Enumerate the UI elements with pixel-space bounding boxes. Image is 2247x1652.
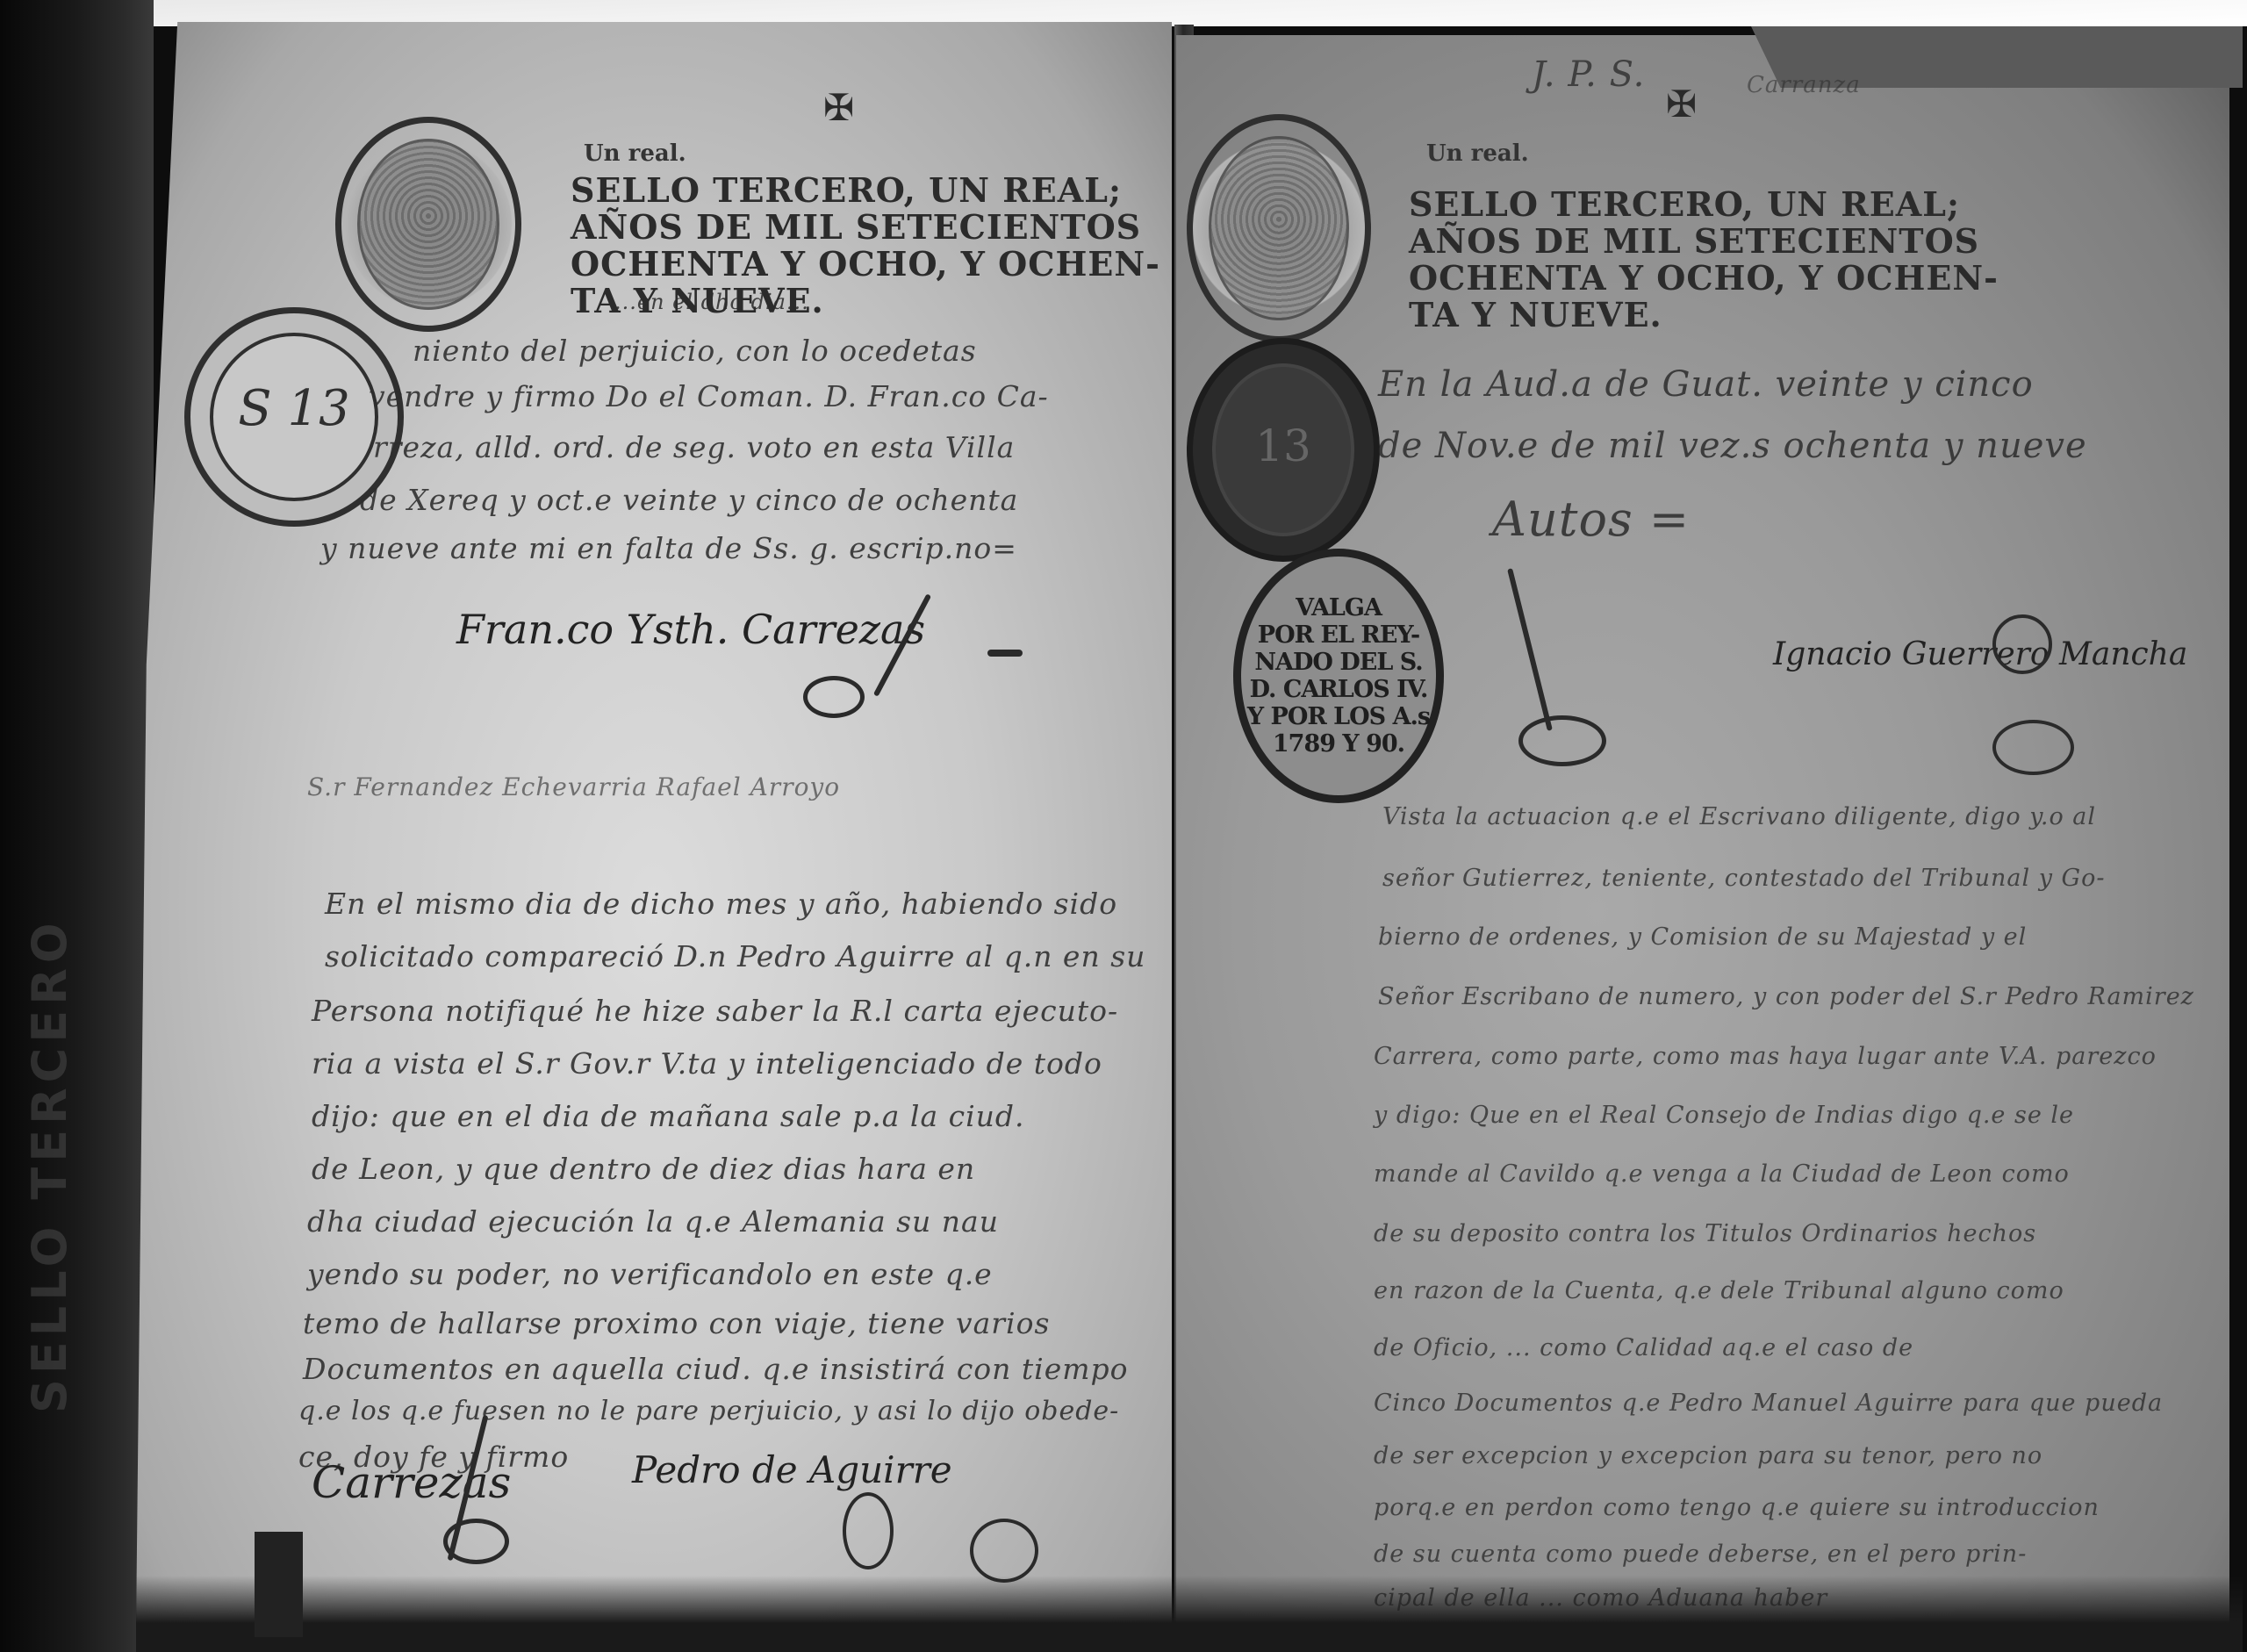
right-para-line-1: señor Gutierrez, teniente, contestado de… [1382, 865, 2106, 892]
right-hand-line-1: de Nov.e de mil vez.s ochenta y nueve [1378, 426, 2087, 466]
right-autos-heading: Autos = [1492, 492, 1690, 547]
right-para-line-4: Carrera, como parte, como mas haya lugar… [1374, 1043, 2157, 1070]
right-para-line-12: porq.e en perdon como tengo q.e quiere s… [1374, 1494, 2100, 1521]
signature-flourish-icon [843, 1492, 894, 1569]
left-para-line-9: Documentos en aquella ciud. q.e insistir… [303, 1352, 1129, 1386]
right-para-line-3: Señor Escribano de numero, y con poder d… [1378, 983, 2194, 1010]
left-hand-line-1: niento del perjuicio, con lo ocedetas [413, 334, 977, 368]
right-printed-header: SELLO TERCERO, UN REAL; AÑOS DE MIL SETE… [1409, 186, 1999, 334]
left-para-line-3: ria a vista el S.r Gov.r V.ta y intelige… [312, 1046, 1102, 1081]
spine-label: SELLO TERCERO [22, 869, 83, 1413]
left-para-line-8: temo de hallarse proximo con viaje, tien… [303, 1306, 1050, 1340]
right-signature: Ignacio Guerrero Mancha [1773, 636, 2187, 672]
binding-stub [255, 1532, 303, 1637]
oval-tax-seal: VALGA POR EL REY- NADO DEL S. D. CARLOS … [1233, 549, 1444, 803]
right-para-line-0: Vista la actuacion q.e el Escrivano dili… [1382, 803, 2096, 830]
right-para-line-9: de Oficio, ... como Calidad aq.e el caso… [1374, 1334, 1913, 1361]
right-top-note: J. P. S. [1532, 54, 1645, 95]
right-para-line-7: de su deposito contra los Titulos Ordina… [1374, 1220, 2036, 1247]
seal-number: 13 [1193, 420, 1374, 471]
left-para-line-6: dha ciudad ejecución la q.e Alemania su … [307, 1204, 999, 1239]
coat-of-arms-icon [357, 139, 499, 310]
left-hand-line-3: rreza, alld. ord. de seg. voto en esta V… [373, 430, 1015, 464]
cross-icon: ✠ [823, 86, 854, 129]
signature-flourish-icon [970, 1519, 1038, 1583]
coat-of-arms-icon [1209, 136, 1349, 320]
right-para-line-6: mande al Cavildo q.e venga a la Ciudad d… [1374, 1160, 2070, 1188]
right-hand-line-0: En la Aud.a de Guat. veinte y cinco [1378, 364, 2034, 405]
left-para-line-4: dijo: que en el dia de mañana sale p.a l… [312, 1099, 1025, 1133]
left-para-line-5: de Leon, y que dentro de diez dias hara … [312, 1152, 975, 1186]
right-para-line-5: y digo: Que en el Real Consejo de Indias… [1374, 1102, 2074, 1129]
bottom-shadow [136, 1576, 2243, 1652]
left-para-line-10: q.e los q.e fuesen no le pare perjuicio,… [298, 1396, 1119, 1426]
signature-flourish-icon [1992, 720, 2074, 775]
left-para-line-1: solicitado compareció D.n Pedro Aguirre … [325, 939, 1145, 973]
left-marginal-note: S.r Fernandez Echevarria Rafael Arroyo [307, 772, 840, 801]
right-tax-seal: 13 [1187, 338, 1380, 562]
book-binding: SELLO TERCERO [0, 0, 154, 1652]
right-para-line-13: de su cuenta como puede deberse, en el p… [1374, 1541, 2027, 1568]
right-para-line-11: de ser excepcion y excepcion para su ten… [1374, 1442, 2042, 1469]
right-para-line-8: en razon de la Cuenta, q.e dele Tribunal… [1374, 1277, 2064, 1304]
right-top-note-2: Carranza [1747, 72, 1861, 98]
left-para-line-7: yendo su poder, no verificandolo en este… [307, 1257, 993, 1291]
left-para-line-2: Persona notifiqué he hize saber la R.l c… [312, 994, 1118, 1028]
left-royal-seal [335, 117, 521, 332]
right-royal-seal [1187, 114, 1371, 342]
left-hand-line-4: de Xereq y oct.e veinte y cinco de ochen… [360, 483, 1018, 517]
left-hand-line-0: ...en el dho dia... [614, 290, 809, 314]
right-para-line-2: bierno de ordenes, y Comision de su Maje… [1378, 923, 2027, 951]
left-stamp-value: Un real. [584, 140, 686, 167]
left-signature-carrezas: Carrezas [312, 1457, 511, 1508]
right-para-line-10: Cinco Documentos q.e Pedro Manuel Aguirr… [1374, 1390, 2163, 1417]
left-para-line-0: En el mismo dia de dicho mes y año, habi… [325, 887, 1117, 921]
cross-icon: ✠ [1666, 83, 1697, 126]
left-hand-line-5: y nueve ante mi en falta de Ss. g. escri… [320, 531, 1017, 565]
document-scan: SELLO TERCERO ✠ Un real. SELLO TERCERO, … [0, 0, 2247, 1652]
seal-number: S 13 [190, 380, 398, 437]
right-stamp-value: Un real. [1426, 140, 1529, 167]
signature-flourish-icon [1518, 715, 1606, 766]
pen-stroke [987, 650, 1023, 657]
left-hand-line-2: vendre y firmo Do el Coman. D. Fran.co C… [369, 379, 1049, 413]
signature-flourish-icon [443, 1519, 509, 1564]
signature-flourish-icon [1992, 614, 2052, 674]
signature-flourish-icon [803, 676, 865, 718]
left-signature-carrezas-full: Fran.co Ysth. Carrezas [456, 606, 925, 653]
left-signature-aguirre: Pedro de Aguirre [632, 1448, 952, 1491]
